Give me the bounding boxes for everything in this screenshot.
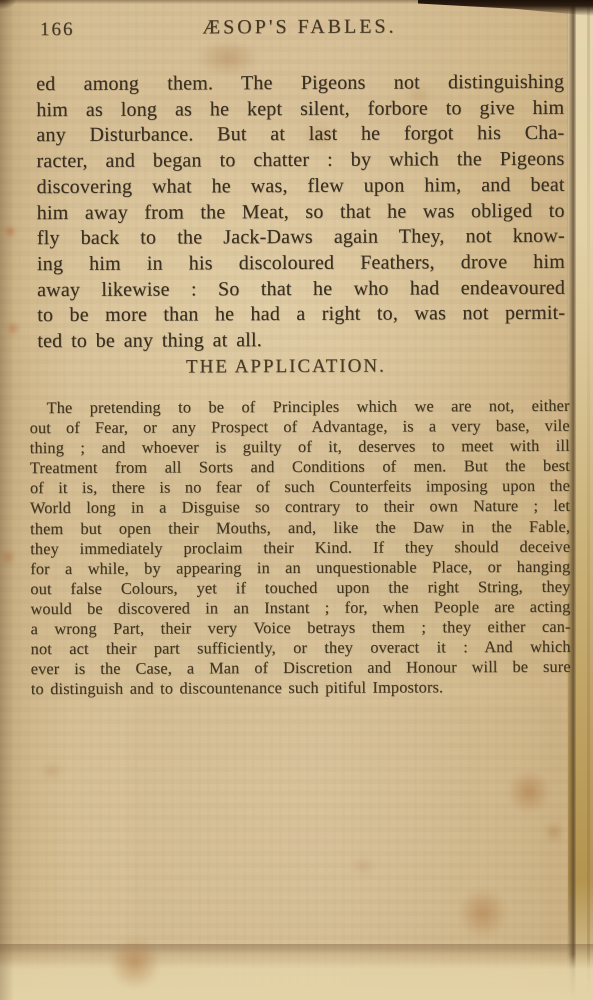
text-line: ing him in his discoloured Feathers, dro…	[37, 250, 565, 278]
text-line: ted to be any thing at all.	[37, 327, 565, 355]
text-line: them but open their Mouths, and, like th…	[30, 516, 570, 538]
text-line: Treatment from all Sorts and Conditions …	[30, 456, 570, 478]
text-line: any Disturbance. But at last he forgot h…	[36, 121, 564, 149]
text-line: away likewise : So that he who had endea…	[37, 275, 565, 303]
text-line: thing ; and whoever is guilty of it, des…	[30, 436, 570, 458]
text-line: out of Fear, or any Prospect of Advantag…	[30, 416, 570, 438]
text-line: him away from the Meat, so that he was o…	[37, 198, 565, 226]
text-line: World long in a Disguise so contrary to …	[30, 496, 570, 518]
text-line: they immediately proclaim their Kind. If…	[30, 536, 570, 558]
application-heading: THE APPLICATION.	[0, 355, 572, 379]
text-line: ever is the Case, a Man of Discretion an…	[31, 657, 571, 679]
text-line: would be discovered in an Instant ; for,…	[30, 597, 570, 619]
text-line: to be more than he had a right to, was n…	[37, 301, 565, 329]
text-line: The pretending to be of Principles which…	[30, 396, 570, 418]
text-line: ed among them. The Pigeons not distingui…	[36, 70, 564, 98]
text-line: a wrong Part, their very Voice betrays t…	[31, 617, 571, 639]
text-line: of it is, there is no fear of such Count…	[30, 476, 570, 498]
text-line: out false Colours, yet if touched upon t…	[30, 577, 570, 599]
printed-page-content: 166 ÆSOP'S FABLES. ed among them. The Pi…	[0, 0, 593, 1000]
book-page-scan: 166 ÆSOP'S FABLES. ed among them. The Pi…	[0, 0, 593, 1000]
text-line: racter, and began to chatter : by which …	[36, 147, 564, 175]
text-line: discovering what he was, flew upon him, …	[37, 173, 565, 201]
fable-body-text: ed among them. The Pigeons not distingui…	[36, 70, 565, 355]
page-header: 166 ÆSOP'S FABLES.	[34, 15, 565, 45]
text-line: him as long as he kept silent, forbore t…	[36, 96, 564, 124]
text-line: fly back to the Jack-Daws again They, no…	[37, 224, 565, 252]
running-header-title: ÆSOP'S FABLES.	[34, 15, 565, 40]
application-body-text: The pretending to be of Principles which…	[30, 396, 571, 700]
text-line: not act their part sufficiently, or they…	[31, 637, 571, 659]
text-line: to distinguish and to discountenance suc…	[31, 677, 571, 699]
text-line: for a while, by appearing in an unquesti…	[30, 557, 570, 579]
page-number: 166	[40, 19, 75, 41]
